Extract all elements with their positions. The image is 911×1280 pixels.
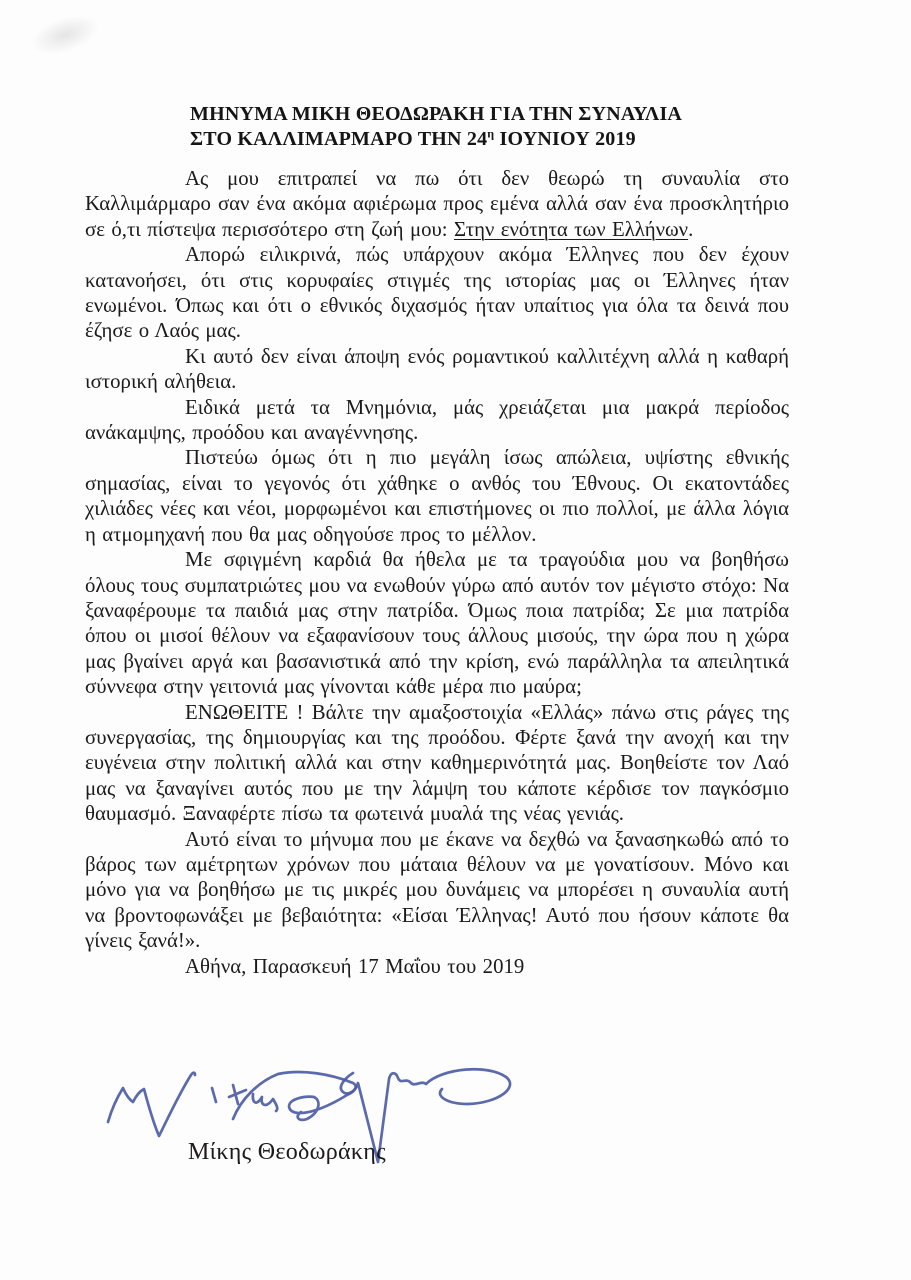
paragraph-3: Κι αυτό δεν είναι άποψη ενός ρομαντικού … (85, 344, 789, 395)
title-line-1: ΜΗΝΥΜΑ ΜΙΚΗ ΘΕΟΔΩΡΑΚΗ ΓΙΑ ΤΗΝ ΣΥΝΑΥΛΙΑ (190, 102, 830, 127)
document-title: ΜΗΝΥΜΑ ΜΙΚΗ ΘΕΟΔΩΡΑΚΗ ΓΙΑ ΤΗΝ ΣΥΝΑΥΛΙΑ Σ… (190, 102, 830, 151)
paragraph-4: Ειδικά μετά τα Μνημόνια, μάς χρειάζεται … (85, 395, 789, 446)
letter-body: Ας μου επιτραπεί να πω ότι δεν θεωρώ τη … (85, 166, 789, 979)
paragraph-5: Πιστεύω όμως ότι η πιο μεγάλη ίσως απώλε… (85, 445, 789, 547)
paragraph-2: Απορώ ειλικρινά, πώς υπάρχουν ακόμα Έλλη… (85, 242, 789, 344)
paragraph-6: Με σφιγμένη καρδιά θα ήθελα με τα τραγού… (85, 547, 789, 699)
paragraph-7: ΕΝΩΘΕΙΤΕ ! Βάλτε την αμαξοστοιχία «Ελλάς… (85, 700, 789, 827)
signature-stroke-sweep (233, 1072, 356, 1120)
letter-page: ΜΗΝΥΜΑ ΜΙΚΗ ΘΕΟΔΩΡΑΚΗ ΓΙΑ ΤΗΝ ΣΥΝΑΥΛΙΑ Σ… (0, 0, 911, 1280)
signature-printed-name: Μίκης Θεοδωράκης (188, 1139, 386, 1166)
date-line: Αθήνα, Παρασκευή 17 Μαΐου του 2019 (85, 954, 789, 979)
title-line-2: ΣΤΟ ΚΑΛΛΙΜΑΡΜΑΡΟ ΤΗΝ 24η ΙΟΥΝΙΟΥ 2019 (190, 127, 830, 152)
underlined-phrase: Στην ενότητα των Ελλήνων (454, 218, 688, 241)
paragraph-8: Αυτό είναι το μήνυμα που με έκανε να δεχ… (85, 827, 789, 954)
scan-smudge (26, 8, 103, 62)
signature-stroke-left (108, 1073, 195, 1136)
signature-stroke-letters (212, 1085, 277, 1111)
signature-handwriting-icon (90, 1056, 550, 1186)
paragraph-1: Ας μου επιτραπεί να πω ότι δεν θεωρώ τη … (85, 166, 789, 242)
